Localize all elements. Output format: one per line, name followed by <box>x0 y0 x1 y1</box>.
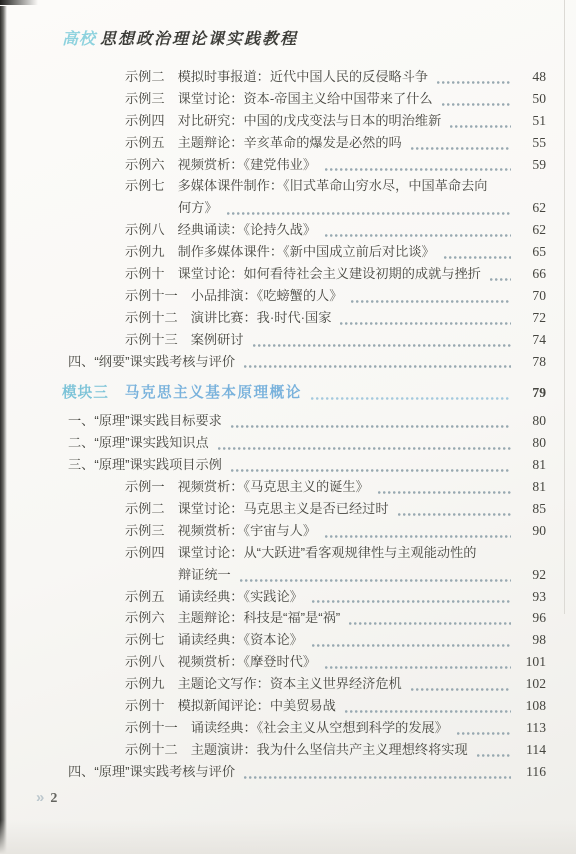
toc-entry-line: 示例十二主题演讲：我为什么坚信共产主义理想终将实现114 <box>125 739 546 761</box>
toc-entry-label: 示例十三 <box>125 329 178 351</box>
toc-entry-title: 一、“原理”课实践目标要求 <box>68 410 222 432</box>
toc-entry-line: 示例七多媒体课件制作：《旧式革命山穷水尽，中国革命去向 <box>125 175 546 197</box>
dot-leader <box>231 425 511 428</box>
toc-entry-line: 示例四课堂讨论：从“大跃进”看客观规律性与主观能动性的 <box>125 542 546 564</box>
toc-entry-title: 诵读经典：《社会主义从空想到科学的发展》 <box>191 717 448 739</box>
toc-entry-title: 小品排演：《吃螃蟹的人》 <box>191 285 343 307</box>
toc-entry-label: 示例四 <box>125 542 165 564</box>
dot-leader <box>312 600 511 603</box>
dot-leader <box>457 732 511 735</box>
toc-entry-title: 诵读经典：《实践论》 <box>178 586 303 608</box>
dot-leader <box>349 622 511 625</box>
toc-entry-page-number: 90 <box>518 520 546 542</box>
toc-entry: 示例二课堂讨论：马克思主义是否已经过时85 <box>62 498 546 520</box>
toc-entry: 示例十一小品排演：《吃螃蟹的人》70 <box>62 285 546 307</box>
toc-entry-label: 示例二 <box>125 498 165 520</box>
toc-entry-label: 示例十一 <box>125 285 178 307</box>
toc-entry-continuation-line: 辩证统一92 <box>125 564 546 586</box>
toc-entry-line: 示例十一诵读经典：《社会主义从空想到科学的发展》113 <box>125 717 546 739</box>
toc-entry-label: 示例七 <box>125 629 165 651</box>
dot-leader <box>325 168 511 171</box>
toc-entry-page-number: 81 <box>518 476 546 498</box>
dot-leader <box>442 103 511 106</box>
toc-entry-title: 诵读经典：《资本论》 <box>178 629 303 651</box>
toc-entry: 示例六主题辩论：科技是“福”是“祸”96 <box>62 607 546 629</box>
dot-leader <box>240 579 511 582</box>
double-chevron-icon: » <box>36 789 43 806</box>
toc-entry: 示例三视频赏析：《宇宙与人》90 <box>62 520 546 542</box>
page-scan-left-edge <box>0 6 7 854</box>
toc-entry-page-number: 72 <box>518 307 546 329</box>
dot-leader <box>351 300 511 303</box>
toc-entry-line: 示例五诵读经典：《实践论》93 <box>125 586 546 608</box>
toc-entry: 示例八视频赏析：《摩登时代》101 <box>62 651 546 673</box>
toc-entry: 示例十模拟新闻评论：中美贸易战108 <box>62 695 546 717</box>
toc-entry-title-continued: 辩证统一 <box>178 564 231 586</box>
toc-entry-page-number: 101 <box>518 651 546 673</box>
toc-entry-title: 四、“原理”课实践考核与评价 <box>68 761 235 783</box>
toc-entry-title: 主题论文写作：资本主义世界经济危机 <box>178 673 402 695</box>
toc-entry-page-number: 102 <box>518 673 546 695</box>
folio-page-number: 2 <box>50 791 57 807</box>
toc-entry: 三、“原理”课实践项目示例81 <box>62 454 546 476</box>
toc-entry-title: 视频赏析：《宇宙与人》 <box>178 520 316 542</box>
toc-entry-line: 示例二模拟时事报道：近代中国人民的反侵略斗争48 <box>125 66 546 88</box>
toc-entry-title: 演讲比赛：我·时代·国家 <box>191 307 332 329</box>
toc-entry-title: 马克思主义基本原理概论 <box>125 382 302 404</box>
toc-entry-label: 示例五 <box>125 586 165 608</box>
toc-entry-title: 视频赏析：《马克思主义的诞生》 <box>178 476 369 498</box>
page-scan-bottom-shadow <box>0 820 576 854</box>
toc-entry: 示例六视频赏析：《建党伟业》59 <box>62 154 546 176</box>
toc-entry-page-number: 85 <box>518 498 546 520</box>
dot-leader <box>218 447 511 450</box>
toc-entry-title: 三、“原理”课实践项目示例 <box>68 454 222 476</box>
toc-entry-page-number: 66 <box>518 263 546 285</box>
toc-entry-page-number: 65 <box>518 241 546 263</box>
toc-entry-page-number: 59 <box>518 154 546 176</box>
toc-entry: 示例四课堂讨论：从“大跃进”看客观规律性与主观能动性的辩证统一92 <box>62 542 546 586</box>
toc-entry-line: 模块三马克思主义基本原理概论79 <box>62 382 546 404</box>
toc-entry-title: 主题辩论：辛亥革命的爆发是必然的吗 <box>178 132 402 154</box>
toc-entry: 示例九制作多媒体课件：《新中国成立前后对比谈》65 <box>62 241 546 263</box>
toc-entry-title: 课堂讨论：从“大跃进”看客观规律性与主观能动性的 <box>178 542 477 564</box>
toc-entry-title: 制作多媒体课件：《新中国成立前后对比谈》 <box>178 241 435 263</box>
toc-entry-line: 示例九主题论文写作：资本主义世界经济危机102 <box>125 673 546 695</box>
dot-leader <box>325 666 511 669</box>
toc-entry-line: 示例十三案例研讨74 <box>125 329 546 351</box>
toc-entry: 示例二模拟时事报道：近代中国人民的反侵略斗争48 <box>62 66 546 88</box>
toc-entry-line: 示例六主题辩论：科技是“福”是“祸”96 <box>125 607 546 629</box>
toc-entry-page-number: 93 <box>518 586 546 608</box>
toc-entry-title: 四、“纲要”课实践考核与评价 <box>68 351 235 373</box>
dot-leader <box>490 278 511 281</box>
toc-entry-line: 示例二课堂讨论：马克思主义是否已经过时85 <box>125 498 546 520</box>
toc-entry: 示例十二主题演讲：我为什么坚信共产主义理想终将实现114 <box>62 739 546 761</box>
toc-entry-line: 示例九制作多媒体课件：《新中国成立前后对比谈》65 <box>125 241 546 263</box>
toc-entry: 四、“纲要”课实践考核与评价78 <box>62 351 546 373</box>
toc-entry: 示例五主题辩论：辛亥革命的爆发是必然的吗55 <box>62 132 546 154</box>
dot-leader <box>378 491 511 494</box>
toc-entry-title: 视频赏析：《摩登时代》 <box>178 651 316 673</box>
toc-entry: 示例一视频赏析：《马克思主义的诞生》81 <box>62 476 546 498</box>
toc-entry-line: 示例八视频赏析：《摩登时代》101 <box>125 651 546 673</box>
toc-entry-line: 三、“原理”课实践项目示例81 <box>68 454 546 476</box>
toc-entry-line: 四、“原理”课实践考核与评价116 <box>68 761 546 783</box>
dot-leader <box>253 344 512 347</box>
toc-entry-page-number: 55 <box>518 132 546 154</box>
toc-entry-label: 示例十二 <box>125 307 178 329</box>
toc-entry-page-number: 50 <box>518 88 546 110</box>
toc-entry: 示例十一诵读经典：《社会主义从空想到科学的发展》113 <box>62 717 546 739</box>
dot-leader <box>325 234 511 237</box>
toc-entry-page-number: 98 <box>518 629 546 651</box>
toc-entry-label: 示例三 <box>125 88 165 110</box>
toc-entry-title: 主题辩论：科技是“福”是“祸” <box>178 607 341 629</box>
toc-entry-line: 示例十课堂讨论：如何看待社会主义建设初期的成就与挫折66 <box>125 263 546 285</box>
toc-entry: 示例四对比研究：中国的戊戌变法与日本的明治维新51 <box>62 110 546 132</box>
table-of-contents: 示例二模拟时事报道：近代中国人民的反侵略斗争48示例三课堂讨论：资本-帝国主义给… <box>62 66 546 783</box>
dot-leader <box>244 365 511 368</box>
dot-leader <box>231 469 511 472</box>
toc-entry: 示例八经典诵读：《论持久战》62 <box>62 219 546 241</box>
toc-entry-title: 课堂讨论：如何看待社会主义建设初期的成就与挫折 <box>178 263 481 285</box>
toc-entry-title: 模拟新闻评论：中美贸易战 <box>178 695 336 717</box>
toc-entry: 四、“原理”课实践考核与评价116 <box>62 761 546 783</box>
toc-entry-line: 示例四对比研究：中国的戊戌变法与日本的明治维新51 <box>125 110 546 132</box>
toc-entry: 示例七多媒体课件制作：《旧式革命山穷水尽，中国革命去向何方》62 <box>62 175 546 219</box>
dot-leader <box>244 776 511 779</box>
toc-entry-title: 二、“原理”课实践知识点 <box>68 432 209 454</box>
toc-entry-label: 示例三 <box>125 520 165 542</box>
toc-entry-label: 示例八 <box>125 651 165 673</box>
dot-leader <box>398 513 511 516</box>
toc-entry-page-number: 80 <box>518 410 546 432</box>
toc-entry-label: 示例八 <box>125 219 165 241</box>
toc-entry-page-number: 108 <box>518 695 546 717</box>
dot-leader <box>450 125 511 128</box>
toc-entry-line: 一、“原理”课实践目标要求80 <box>68 410 546 432</box>
dot-leader <box>340 322 511 325</box>
running-head: 高校思想政治理论课实践教程 <box>62 26 298 49</box>
toc-entry-label: 模块三 <box>62 382 109 404</box>
toc-entry: 示例五诵读经典：《实践论》93 <box>62 586 546 608</box>
toc-entry-line: 二、“原理”课实践知识点80 <box>68 432 546 454</box>
toc-entry-title: 视频赏析：《建党伟业》 <box>178 154 316 176</box>
toc-entry-label: 示例一 <box>125 476 165 498</box>
toc-entry-line: 示例五主题辩论：辛亥革命的爆发是必然的吗55 <box>125 132 546 154</box>
toc-entry-title: 课堂讨论：马克思主义是否已经过时 <box>178 498 389 520</box>
dot-leader <box>325 535 511 538</box>
toc-entry-label: 示例九 <box>125 673 165 695</box>
toc-entry-line: 示例十模拟新闻评论：中美贸易战108 <box>125 695 546 717</box>
toc-entry-title: 多媒体课件制作：《旧式革命山穷水尽，中国革命去向 <box>178 175 488 197</box>
dot-leader <box>477 754 511 757</box>
toc-entry-page-number: 48 <box>518 66 546 88</box>
toc-entry-page-number: 113 <box>518 717 546 739</box>
toc-entry-page-number: 70 <box>518 285 546 307</box>
dot-leader <box>411 147 511 150</box>
toc-entry-page-number: 62 <box>518 197 546 219</box>
toc-entry: 示例七诵读经典：《资本论》98 <box>62 629 546 651</box>
toc-entry: 示例十三案例研讨74 <box>62 329 546 351</box>
toc-entry-title: 主题演讲：我为什么坚信共产主义理想终将实现 <box>191 739 468 761</box>
toc-entry-label: 示例二 <box>125 66 165 88</box>
toc-entry-label: 示例十 <box>125 263 165 285</box>
toc-entry-page-number: 96 <box>518 607 546 629</box>
toc-entry-title: 对比研究：中国的戊戌变法与日本的明治维新 <box>178 110 442 132</box>
toc-entry-page-number: 79 <box>518 382 546 404</box>
dot-leader <box>411 688 511 691</box>
toc-entry-label: 示例五 <box>125 132 165 154</box>
toc-entry-line: 示例七诵读经典：《资本论》98 <box>125 629 546 651</box>
toc-entry-label: 示例十一 <box>125 717 178 739</box>
toc-entry-title: 案例研讨 <box>191 329 244 351</box>
toc-entry-label: 示例六 <box>125 607 165 629</box>
toc-entry: 二、“原理”课实践知识点80 <box>62 432 546 454</box>
dot-leader <box>444 256 511 259</box>
dot-leader <box>345 710 511 713</box>
toc-entry: 模块三马克思主义基本原理概论79 <box>62 382 546 404</box>
page-scan-corner-shadow <box>0 0 38 5</box>
toc-entry-line: 示例十二演讲比赛：我·时代·国家72 <box>125 307 546 329</box>
toc-entry: 示例三课堂讨论：资本-帝国主义给中国带来了什么50 <box>62 88 546 110</box>
toc-entry: 示例十二演讲比赛：我·时代·国家72 <box>62 307 546 329</box>
dot-leader <box>311 397 511 400</box>
toc-entry-continuation-line: 何方》62 <box>125 197 546 219</box>
toc-entry-line: 示例十一小品排演：《吃螃蟹的人》70 <box>125 285 546 307</box>
toc-entry-line: 示例一视频赏析：《马克思主义的诞生》81 <box>125 476 546 498</box>
toc-entry-label: 示例七 <box>125 175 165 197</box>
toc-entry-title: 经典诵读：《论持久战》 <box>178 219 316 241</box>
toc-entry: 一、“原理”课实践目标要求80 <box>62 410 546 432</box>
toc-entry-label: 示例九 <box>125 241 165 263</box>
toc-entry-title: 课堂讨论：资本-帝国主义给中国带来了什么 <box>178 88 433 110</box>
toc-entry: 示例十课堂讨论：如何看待社会主义建设初期的成就与挫折66 <box>62 263 546 285</box>
toc-entry-line: 四、“纲要”课实践考核与评价78 <box>68 351 546 373</box>
toc-entry-page-number: 78 <box>518 351 546 373</box>
book-title: 思想政治理论课实践教程 <box>100 31 298 48</box>
toc-entry-line: 示例三视频赏析：《宇宙与人》90 <box>125 520 546 542</box>
toc-entry-page-number: 92 <box>518 564 546 586</box>
toc-entry-label: 示例四 <box>125 110 165 132</box>
toc-entry-label: 示例六 <box>125 154 165 176</box>
toc-entry-page-number: 51 <box>518 110 546 132</box>
toc-entry-label: 示例十 <box>125 695 165 717</box>
toc-entry: 示例九主题论文写作：资本主义世界经济危机102 <box>62 673 546 695</box>
dot-leader <box>437 81 511 84</box>
page-scan-right-edge <box>564 0 565 614</box>
toc-entry-title: 模拟时事报道：近代中国人民的反侵略斗争 <box>178 66 429 88</box>
book-brand: 高校 <box>62 31 96 48</box>
toc-entry-page-number: 114 <box>518 739 546 761</box>
toc-entry-page-number: 80 <box>518 432 546 454</box>
toc-entry-page-number: 62 <box>518 219 546 241</box>
scanned-book-page: 高校思想政治理论课实践教程 示例二模拟时事报道：近代中国人民的反侵略斗争48示例… <box>0 0 576 854</box>
toc-entry-line: 示例六视频赏析：《建党伟业》59 <box>125 154 546 176</box>
page-footer: » 2 <box>36 789 57 807</box>
toc-entry-title-continued: 何方》 <box>178 197 218 219</box>
toc-entry-page-number: 116 <box>518 761 546 783</box>
dot-leader <box>227 212 511 215</box>
toc-entry-line: 示例八经典诵读：《论持久战》62 <box>125 219 546 241</box>
toc-entry-page-number: 81 <box>518 454 546 476</box>
toc-entry-line: 示例三课堂讨论：资本-帝国主义给中国带来了什么50 <box>125 88 546 110</box>
toc-entry-label: 示例十二 <box>125 739 178 761</box>
toc-entry-page-number: 74 <box>518 329 546 351</box>
dot-leader <box>312 644 511 647</box>
